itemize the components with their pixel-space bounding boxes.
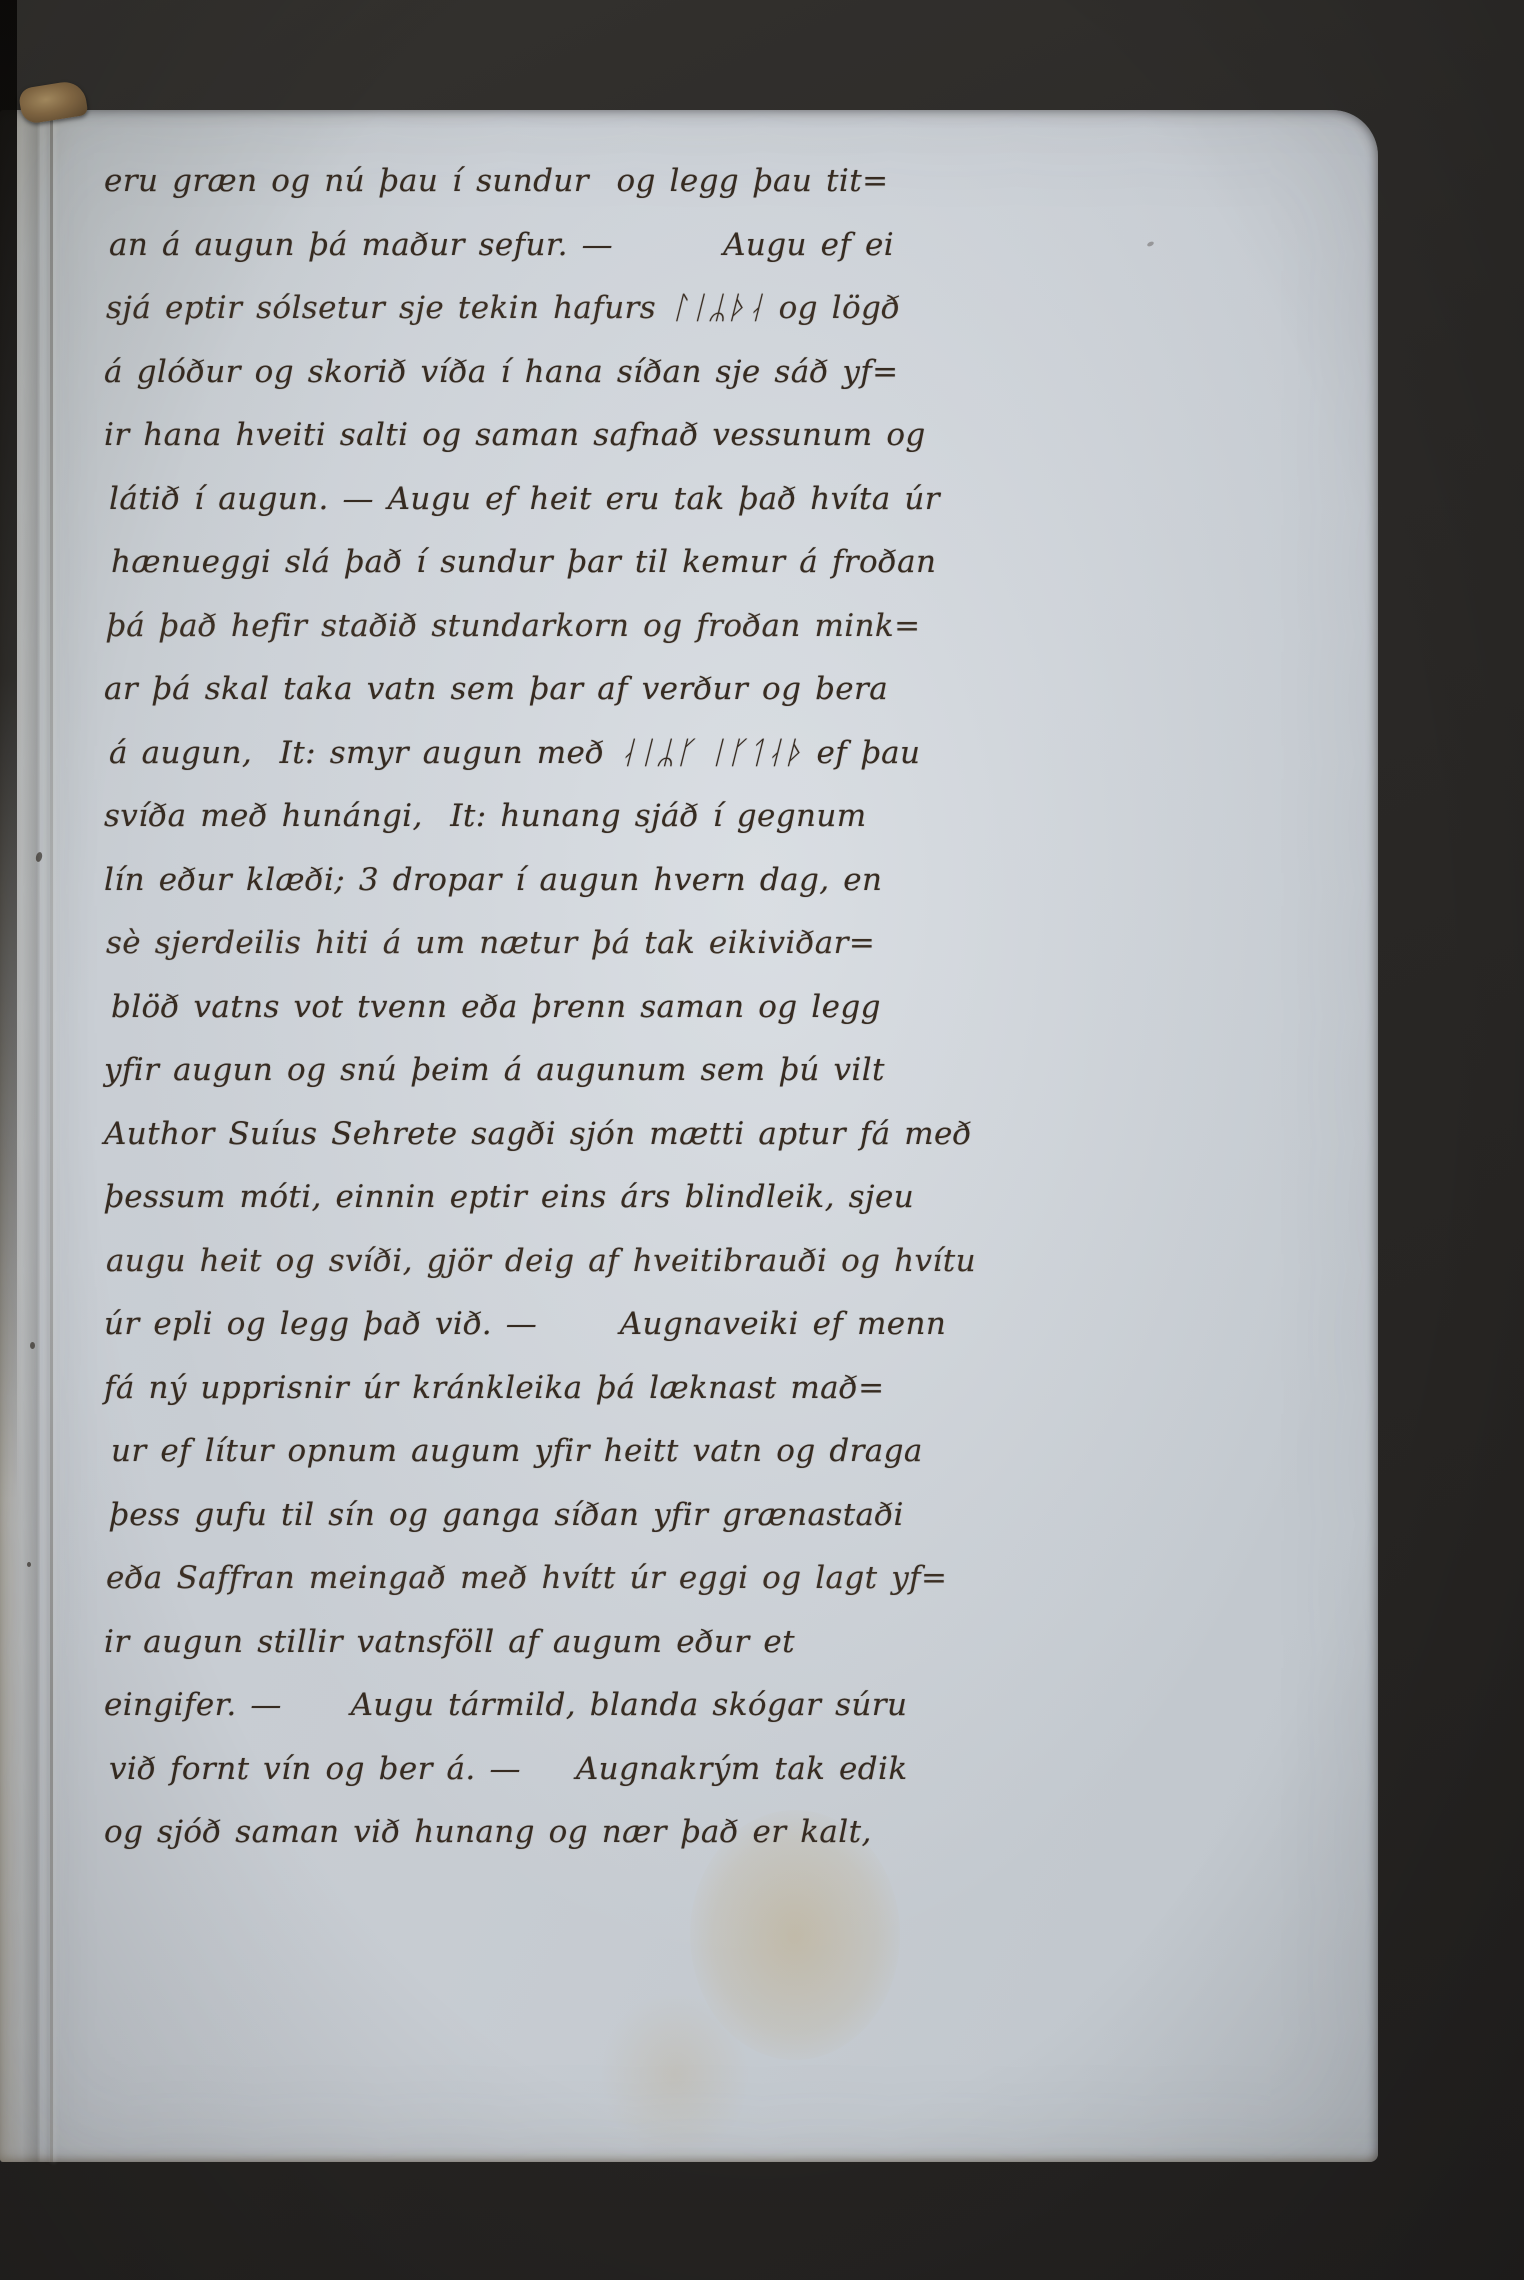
manuscript-line: og sjóð saman við hunang og nær það er k… [104, 1801, 1004, 1865]
gutter-crease-line [50, 110, 53, 2162]
manuscript-line: eingifer. — Augu tármild, blanda skógar … [104, 1674, 1004, 1738]
scanned-book-photo: eru græn og nú þau í sundur og legg þau … [0, 0, 1524, 2280]
ink-speck [1146, 241, 1154, 248]
manuscript-line: ar þá skal taka vatn sem þar af verður o… [104, 658, 1004, 722]
manuscript-line: sè sjerdeilis hiti á um nætur þá tak eik… [106, 912, 1004, 976]
manuscript-line: svíða með hunángi, It: hunang sjáð í geg… [104, 785, 1004, 849]
manuscript-line: yfir augun og snú þeim á augunum sem þú … [104, 1039, 1004, 1103]
ink-speck [27, 1562, 31, 1567]
manuscript-line: sjá eptir sólsetur sje tekin hafurs ᛚᛁᛦᚦ… [106, 277, 1004, 341]
manuscript-line: ir hana hveiti salti og saman safnað ves… [104, 404, 1004, 468]
manuscript-line: blöð vatns vot tvenn eða þrenn saman og … [111, 976, 1004, 1040]
manuscript-line: þá það hefir staðið stundarkorn og froða… [106, 595, 1004, 659]
manuscript-line: þessum móti, einnin eptir eins árs blind… [104, 1166, 1004, 1230]
book-spine-shadow [0, 0, 17, 1500]
manuscript-line: an á augun þá maður sefur. — Augu ef ei [109, 214, 1004, 278]
ink-speck [30, 1342, 35, 1349]
manuscript-line: þess gufu til sín og ganga síðan yfir gr… [109, 1484, 1004, 1548]
manuscript-line: ir augun stillir vatnsföll af augum eður… [104, 1611, 1004, 1675]
manuscript-line: Author Suíus Sehrete sagði sjón mætti ap… [104, 1103, 1004, 1167]
manuscript-page: eru græn og nú þau í sundur og legg þau … [0, 110, 1378, 2162]
manuscript-line: fá ný upprisnir úr kránkleika þá læknast… [104, 1357, 1004, 1421]
manuscript-line: látið í augun. — Augu ef heit eru tak þa… [109, 468, 1004, 532]
manuscript-line: við fornt vín og ber á. — Augnakrým tak … [109, 1738, 1004, 1802]
manuscript-line: á glóður og skorið víða í hana síðan sje… [104, 341, 1004, 405]
manuscript-line: eru græn og nú þau í sundur og legg þau … [104, 150, 1004, 214]
manuscript-line: úr epli og legg það við. — Augnaveiki ef… [104, 1293, 1004, 1357]
handwritten-text-block: eru græn og nú þau í sundur og legg þau … [104, 150, 1004, 1865]
manuscript-line: eða Saffran meingað með hvítt úr eggi og… [106, 1547, 1004, 1611]
manuscript-line: augu heit og svíði, gjör deig af hveitib… [106, 1230, 1004, 1294]
manuscript-line: á augun, It: smyr augun með ᛆᛁᛦᚴ ᛁᚴᛐᛆᚦ e… [109, 722, 1004, 786]
manuscript-line: hænueggi slá það í sundur þar til kemur … [111, 531, 1004, 595]
manuscript-line: ur ef lítur opnum augum yfir heitt vatn … [111, 1420, 1004, 1484]
paper-stain [600, 1990, 750, 2160]
manuscript-line: lín eður klæði; 3 dropar í augun hvern d… [104, 849, 1004, 913]
ink-speck [35, 851, 43, 862]
